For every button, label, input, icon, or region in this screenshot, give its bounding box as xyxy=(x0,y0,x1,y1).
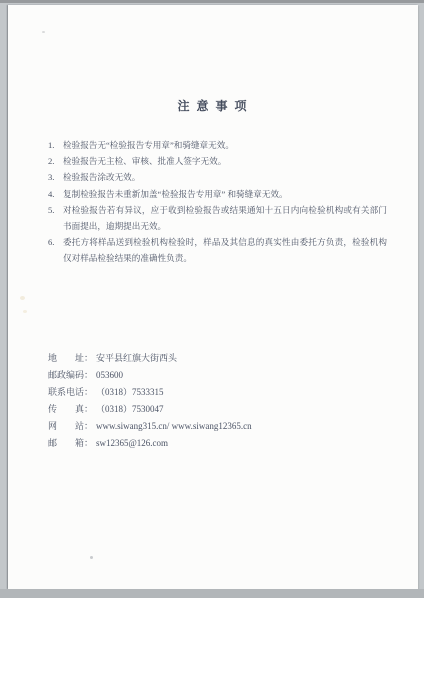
scan-artifact xyxy=(20,296,25,300)
notice-number: 5. xyxy=(48,202,63,218)
notice-list: 1. 检验报告无“检验报告专用章”和骑缝章无效。 2. 检验报告无主检、审核、批… xyxy=(48,137,387,267)
contact-block: 地 址：安平县红旗大街西头 邮政编码：053600 联系电话：（0318）753… xyxy=(48,350,378,452)
screenshot-stage: 注 意 事 项 1. 检验报告无“检验报告专用章”和骑缝章无效。 2. 检验报告… xyxy=(0,0,424,700)
contact-row-email: 邮 箱：sw12365@126.com xyxy=(48,435,378,452)
contact-label: 传 真： xyxy=(48,401,93,418)
notice-text: 检验报告无主检、审核、批准人签字无效。 xyxy=(63,153,387,169)
scan-artifact xyxy=(90,556,93,559)
notice-text: 委托方将样品送到检验机构检验时，样品及其信息的真实性由委托方负责，检验机构仅对样… xyxy=(63,234,387,266)
notice-number: 3. xyxy=(48,169,63,185)
contact-label: 网 站： xyxy=(48,418,93,435)
contact-value: sw12365@126.com xyxy=(96,435,168,452)
contact-value: 053600 xyxy=(96,367,123,384)
contact-value: （0318）7530047 xyxy=(96,401,164,418)
notice-text: 检验报告涂改无效。 xyxy=(63,169,387,185)
notice-text: 对检验报告若有异议，应于收到检验报告或结果通知十五日内向检验机构或有关部门书面提… xyxy=(63,202,387,234)
contact-label: 邮 箱： xyxy=(48,435,93,452)
notice-number: 6. xyxy=(48,234,63,250)
notice-number: 2. xyxy=(48,153,63,169)
contact-row-fax: 传 真：（0318）7530047 xyxy=(48,401,378,418)
notice-item: 6. 委托方将样品送到检验机构检验时，样品及其信息的真实性由委托方负责，检验机构… xyxy=(48,234,387,266)
contact-row-website: 网 站：www.siwang315.cn/ www.siwang12365.cn xyxy=(48,418,378,435)
scan-artifact xyxy=(23,310,27,313)
contact-row-phone: 联系电话：（0318）7533315 xyxy=(48,384,378,401)
document-page: 注 意 事 项 1. 检验报告无“检验报告专用章”和骑缝章无效。 2. 检验报告… xyxy=(8,5,418,589)
notice-item: 5. 对检验报告若有异议，应于收到检验报告或结果通知十五日内向检验机构或有关部门… xyxy=(48,202,387,234)
notice-item: 4. 复制检验报告未重新加盖“检验报告专用章” 和骑缝章无效。 xyxy=(48,186,387,202)
scan-artifact xyxy=(42,31,45,33)
scanned-page-background: 注 意 事 项 1. 检验报告无“检验报告专用章”和骑缝章无效。 2. 检验报告… xyxy=(0,0,424,598)
notice-item: 1. 检验报告无“检验报告专用章”和骑缝章无效。 xyxy=(48,137,387,153)
contact-value: www.siwang315.cn/ www.siwang12365.cn xyxy=(96,418,252,435)
contact-label: 邮政编码： xyxy=(48,367,93,384)
contact-label: 联系电话： xyxy=(48,384,93,401)
notice-item: 3. 检验报告涂改无效。 xyxy=(48,169,387,185)
contact-label: 地 址： xyxy=(48,350,93,367)
notice-number: 4. xyxy=(48,186,63,202)
notice-text: 复制检验报告未重新加盖“检验报告专用章” 和骑缝章无效。 xyxy=(63,186,387,202)
notice-number: 1. xyxy=(48,137,63,153)
page-title: 注 意 事 项 xyxy=(8,97,418,114)
notice-text: 检验报告无“检验报告专用章”和骑缝章无效。 xyxy=(63,137,387,153)
contact-row-address: 地 址：安平县红旗大街西头 xyxy=(48,350,378,367)
notice-item: 2. 检验报告无主检、审核、批准人签字无效。 xyxy=(48,153,387,169)
contact-row-postcode: 邮政编码：053600 xyxy=(48,367,378,384)
contact-value: （0318）7533315 xyxy=(96,384,164,401)
contact-value: 安平县红旗大街西头 xyxy=(96,350,177,367)
